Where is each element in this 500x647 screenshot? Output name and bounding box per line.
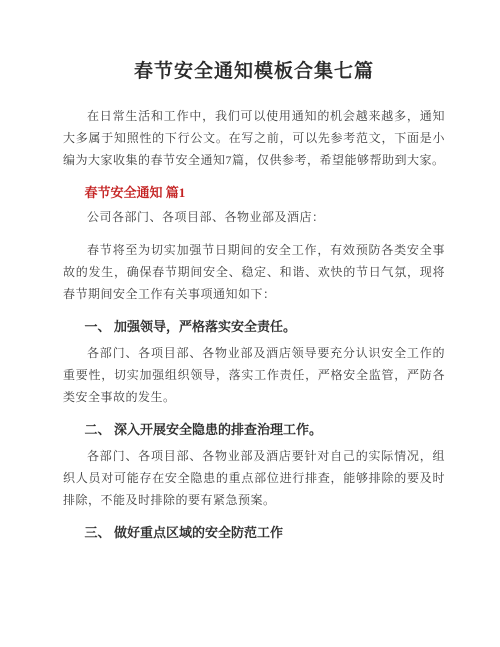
subheading-item-2: 二、 深入开展安全隐患的排查治理工作。 (63, 419, 445, 441)
document-page: 春节安全通知模板合集七篇 在日常生活和工作中，我们可以使用通知的机会越来越多，通… (0, 0, 500, 647)
salutation-paragraph: 公司各部门、各项目部、各物业部及酒店： (63, 206, 445, 228)
paragraph-under-item-2: 各部门、各项目部、各物业部及酒店要针对自己的实际情况，组织人员对可能存在安全隐患… (63, 445, 445, 511)
paragraph-under-item-1: 各部门、各项目部、各物业部及酒店领导要充分认识安全工作的重要性，切实加强组织领导… (63, 342, 445, 408)
subheading-item-3: 三、 做好重点区域的安全防范工作 (63, 522, 445, 544)
notice-lead-paragraph: 春节将至为切实加强节日期间的安全工作，有效预防各类安全事故的发生，确保春节期间安… (63, 239, 445, 305)
document-title: 春节安全通知模板合集七篇 (63, 58, 445, 85)
subheading-item-1: 一、 加强领导，严格落实安全责任。 (63, 316, 445, 338)
intro-paragraph: 在日常生活和工作中，我们可以使用通知的机会越来越多，通知大多属于知照性的下行公文… (63, 105, 445, 171)
section-heading-part1: 春节安全通知 篇1 (63, 182, 445, 204)
